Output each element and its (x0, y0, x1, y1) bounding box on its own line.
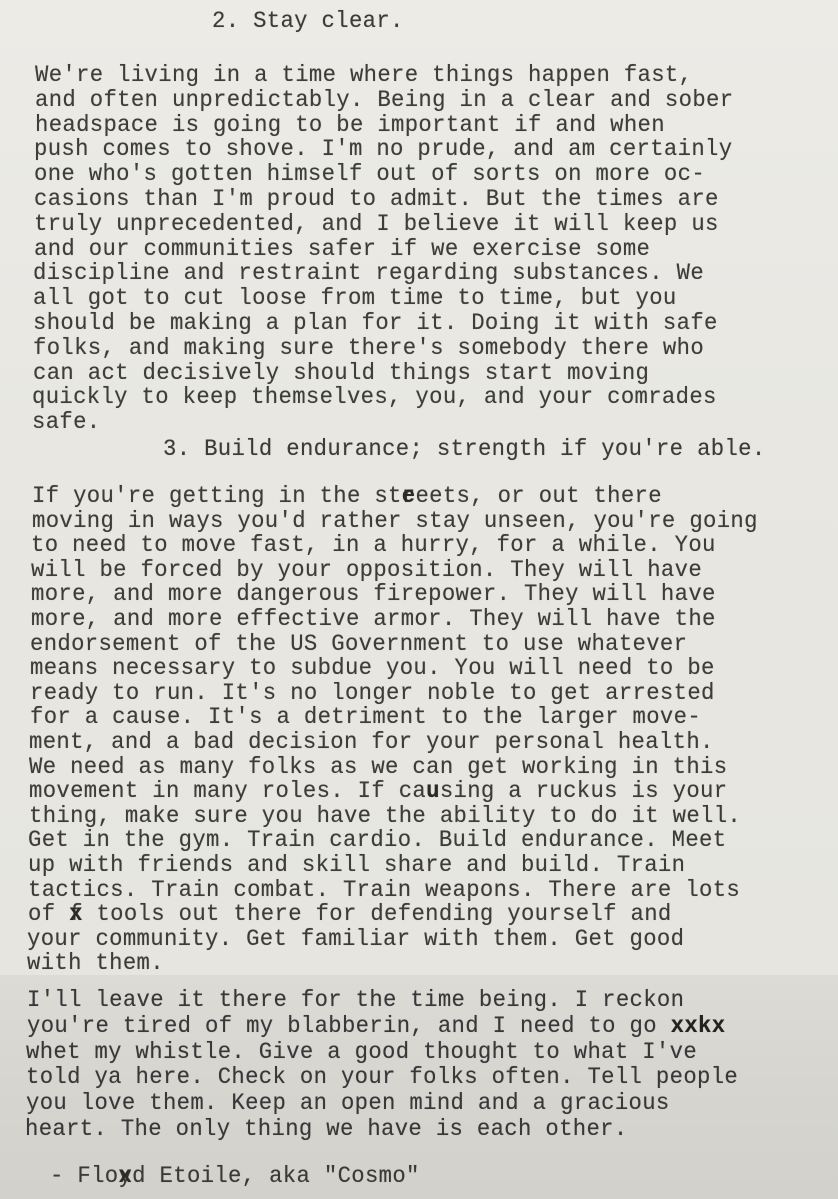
text-line: safe. (32, 410, 100, 435)
text-line: folks, and making sure there's somebody … (33, 336, 704, 361)
text-line: casions than I'm proud to admit. But the… (34, 187, 719, 212)
text-line: more, and more effective armor. They wil… (31, 607, 716, 632)
text-line: If you're getting in the streeets, or ou… (32, 484, 662, 509)
text-line: whet my whistle. Give a good thought to … (26, 1040, 697, 1065)
text-line: up with friends and skill share and buil… (28, 853, 685, 878)
struck-out-text: xxkx (671, 1013, 726, 1039)
text-line: one who's gotten himself out of sorts on… (34, 162, 705, 187)
text-line: should be making a plan for it. Doing it… (33, 311, 718, 336)
text-line: with them. (27, 951, 164, 976)
text-line: you're tired of my blabberin, and I need… (27, 1014, 725, 1039)
text-line: you love them. Keep an open mind and a g… (26, 1091, 670, 1116)
text-line: Get in the gym. Train cardio. Build endu… (28, 828, 726, 853)
text-line: ready to run. It's no longer noble to ge… (30, 681, 715, 706)
text-line: and our communities safer if we exercise… (34, 237, 650, 262)
text-line: can act decisively should things start m… (33, 361, 649, 386)
section-3-heading: 3. Build endurance; strength if you're a… (163, 437, 766, 462)
text-line: thing, make sure you have the ability to… (29, 804, 741, 829)
text-line: will be forced by your opposition. They … (31, 558, 702, 583)
overtyped-character: re (402, 484, 416, 509)
overtyped-character: yx (118, 1164, 132, 1189)
text-line: to need to move fast, in a hurry, for a … (31, 533, 716, 558)
text-line: We need as many folks as we can get work… (29, 755, 727, 780)
text-line: headspace is going to be important if an… (35, 113, 665, 138)
text-line: more, and more dangerous firepower. They… (31, 582, 716, 607)
text-line: of fx tools out there for defending your… (28, 902, 672, 927)
overtyped-character: uu (426, 779, 440, 804)
text-line: endorsement of the US Government to use … (30, 632, 687, 657)
text-line: all got to cut loose from time to time, … (33, 286, 677, 311)
text-line: for a cause. It's a detriment to the lar… (30, 705, 701, 730)
section-2-heading: 2. Stay clear. (212, 9, 404, 34)
typewritten-page: 2. Stay clear. We're living in a time wh… (0, 0, 838, 1199)
text-line: discipline and restraint regarding subst… (33, 261, 704, 286)
text-line: ment, and a bad decision for your person… (29, 730, 714, 755)
signature: - Floyxd Etoile, aka "Cosmo" (50, 1164, 420, 1189)
text-line: push comes to shove. I'm no prude, and a… (34, 137, 732, 162)
overtyped-character: fx (69, 902, 83, 927)
text-line: We're living in a time where things happ… (35, 63, 692, 88)
text-line: means necessary to subdue you. You will … (30, 656, 715, 681)
text-line: your community. Get familiar with them. … (27, 927, 684, 952)
text-line: and often unpredictably. Being in a clea… (35, 88, 733, 113)
text-line: I'll leave it there for the time being. … (27, 988, 684, 1013)
text-line: quickly to keep themselves, you, and you… (32, 385, 717, 410)
text-line: truly unprecedented, and I believe it wi… (34, 212, 719, 237)
text-line: tactics. Train combat. Train weapons. Th… (28, 878, 740, 903)
text-line: movement in many roles. If cauusing a ru… (29, 779, 727, 804)
text-line: heart. The only thing we have is each ot… (25, 1117, 628, 1142)
text-line: told ya here. Check on your folks often.… (26, 1065, 738, 1090)
text-line: moving in ways you'd rather stay unseen,… (32, 509, 758, 534)
